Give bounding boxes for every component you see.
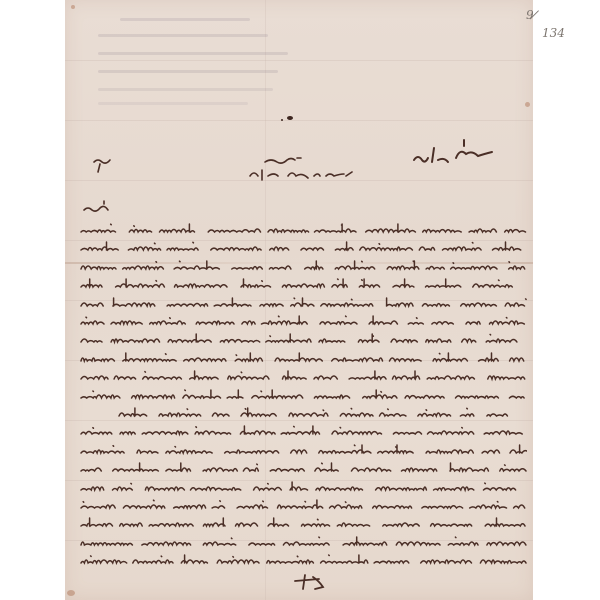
body-line: [line 4: handwritten Syriac text] [79,277,527,293]
letter-page: faint printed letterhead (illegible) 9 /… [65,0,533,600]
paper-stain [525,102,530,107]
body-line: [line 13: handwritten Syriac text] [79,443,527,459]
body-line: [line 15: handwritten Syriac text] [79,480,527,496]
salutation-right: [handwritten salutation, Syriac script] [412,138,502,168]
paper-stain [71,5,75,9]
letterhead: faint printed letterhead (illegible) [90,12,320,122]
body-line: [line 17: handwritten Syriac text] [79,516,527,532]
body-line: [line 12: handwritten Syriac text] [79,424,527,440]
body-line: [line 14: handwritten Syriac text] [79,461,527,477]
body-line: [line 19: handwritten Syriac text] [79,553,527,569]
date-line: [handwritten date/place line, Syriac scr… [248,164,356,184]
body-line: [line 3: handwritten Syriac text] [79,259,527,275]
body-line: [line 16: handwritten Syriac text] [79,498,527,514]
signature: [handwritten signature mark] [293,573,327,591]
body-line: [line 7: handwritten Syriac text] [79,332,527,348]
opening-word: [handwritten opening word, Syriac script… [82,200,114,216]
body-line: [line 6: handwritten Syriac text] [79,314,527,330]
body-line: [line 5: handwritten Syriac text] [79,296,527,312]
body-line: [line 1: handwritten Syriac text] [79,222,527,238]
body-line: [line 9: handwritten Syriac text] [79,369,527,385]
body-line: [line 8: handwritten Syriac text] [79,351,527,367]
ink-mark [281,119,283,121]
header-word-left: [handwritten word, Syriac script] [92,154,112,174]
ink-mark [287,116,293,120]
body-line: [line 11: handwritten Syriac text] [117,406,512,422]
body-line: [line 10: handwritten Syriac text] [79,388,527,404]
paper-stain [67,590,75,596]
body-line: [line 2: handwritten Syriac text] [79,240,527,256]
body-line: [line 18: handwritten Syriac text] [79,535,527,551]
